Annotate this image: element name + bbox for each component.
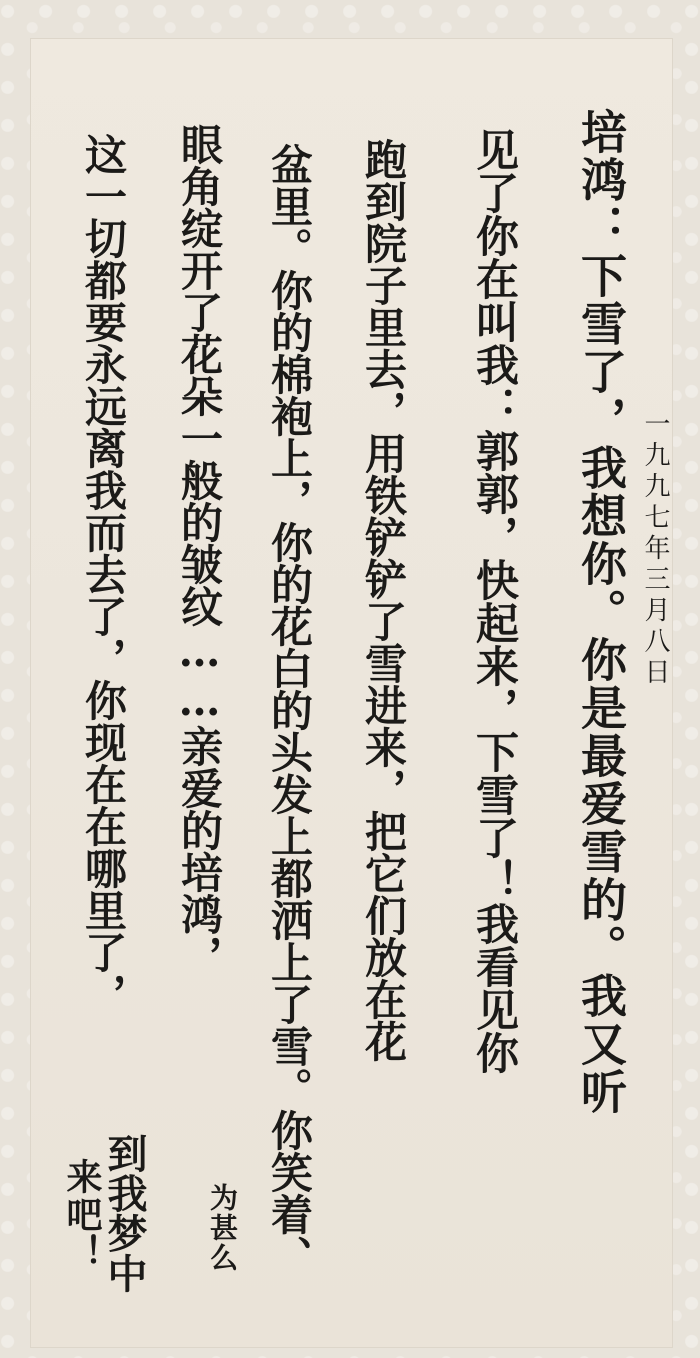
text-column-7: 到我梦中 xyxy=(104,1133,144,1293)
text-column-5: 眼角绽开了花朵一般的皱纹……亲爱的培鸿， xyxy=(178,123,220,977)
text-column-6: 这一切都要永远离我而去了，你现在在哪里了， xyxy=(82,133,124,1015)
text-column-5-small: 为甚么 xyxy=(208,1183,236,1273)
text-column-4: 盆里。你的棉袍上，你的花白的头发上都洒上了雪。你笑着、 xyxy=(268,143,310,1277)
calligraphy-paper: 培鸿：下雪了，我想你。你是最爱雪的。我又听 一九九七年三月八日 见了你在叫我：郭… xyxy=(30,38,673,1348)
text-column-8: 来吧！ xyxy=(64,1158,100,1272)
text-column-1: 培鸿：下雪了，我想你。你是最爱雪的。我又听 xyxy=(578,108,624,1116)
date-inscription: 一九九七年三月八日 xyxy=(642,410,668,689)
text-column-2: 见了你在叫我：郭郭，快起来，下雪了！我看见你 xyxy=(472,128,515,1074)
text-column-3: 跑到院子里去，用铁铲铲了雪进来，把它们放在花 xyxy=(362,138,404,1062)
